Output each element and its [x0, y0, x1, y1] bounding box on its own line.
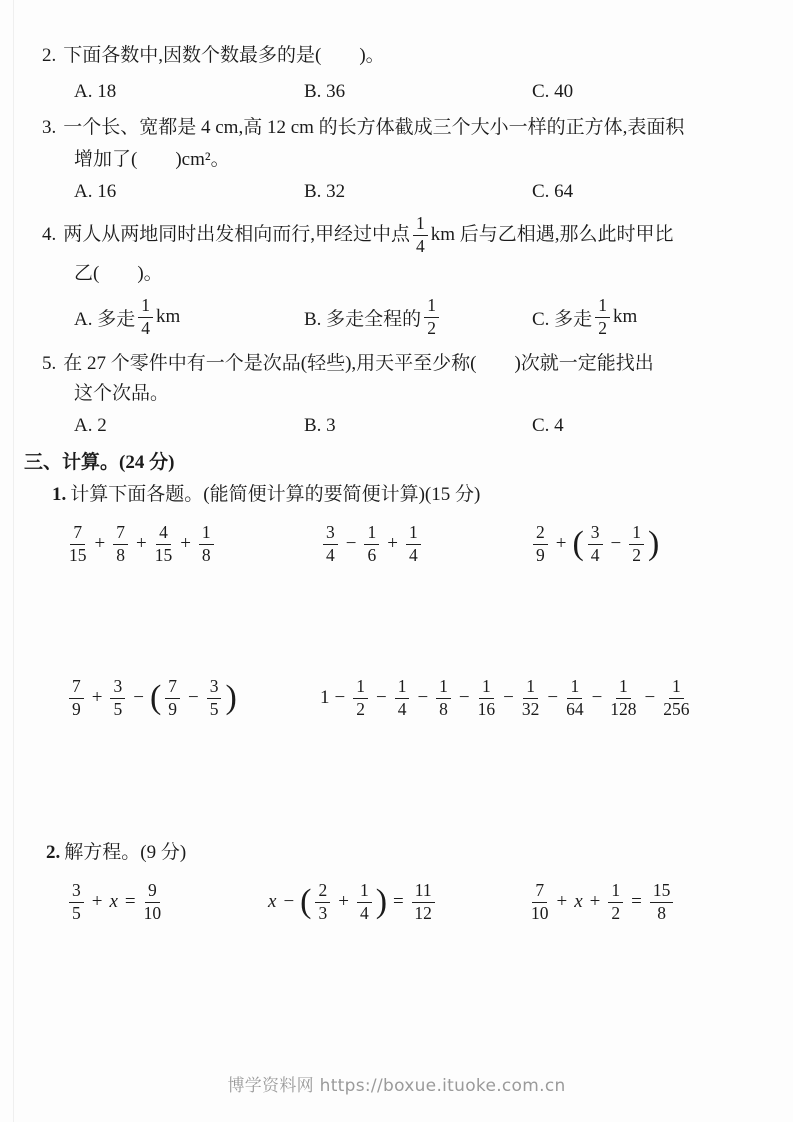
item-2-number: 2. — [46, 842, 60, 863]
variable-x: x — [109, 891, 117, 913]
fraction: 164 — [566, 677, 584, 719]
fraction: 14 — [357, 881, 372, 923]
fraction: 116 — [478, 677, 496, 719]
operator: + — [590, 891, 601, 913]
denominator: 5 — [72, 903, 81, 924]
numerator: 7 — [70, 523, 85, 545]
question-4-options: A. 多走14km B. 多走全程的12 C. 多走12km — [0, 294, 793, 340]
operator: + — [95, 533, 106, 555]
denominator: 16 — [478, 699, 496, 720]
question-5-options: A. 2 B. 3 C. 4 — [0, 414, 793, 438]
fraction: 415 — [155, 523, 173, 565]
expression-3: 29+(34−12) — [530, 523, 793, 565]
operator: − — [503, 687, 514, 709]
operator: = — [125, 891, 136, 913]
fraction: 1128 — [610, 677, 636, 719]
operator: − — [592, 687, 603, 709]
numerator: 1 — [616, 677, 631, 699]
operator: − — [417, 687, 428, 709]
denominator: 256 — [663, 699, 689, 720]
fraction: 14 — [395, 677, 410, 719]
question-5-option-a: A. 2 — [74, 414, 304, 438]
question-4-option-c: C. 多走12km — [532, 296, 793, 338]
numerator: 2 — [315, 881, 330, 903]
numerator: 3 — [69, 881, 84, 903]
question-2-text: 下面各数中,因数个数最多的是( )。 — [63, 45, 384, 66]
denominator: 4 — [409, 545, 418, 566]
numerator: 1 — [395, 677, 410, 699]
question-4-line1: 4.两人从两地同时出发相向而行,甲经过中点14km 后与乙相遇,那么此时甲比 — [0, 212, 793, 258]
denominator: 8 — [116, 545, 125, 566]
expression-2: 34−16+14 — [320, 523, 530, 565]
fraction: 34 — [588, 523, 603, 565]
section-3-heading: 三、计算。(24 分) — [0, 450, 793, 476]
fraction: 1112 — [412, 881, 435, 923]
denominator: 3 — [318, 903, 327, 924]
numerator: 1 — [567, 677, 582, 699]
operator: − — [645, 687, 656, 709]
operator: + — [338, 891, 349, 913]
denominator: 4 — [326, 545, 335, 566]
math-text: 1 — [320, 687, 330, 709]
question-2-line1: 2.下面各数中,因数个数最多的是( )。 — [0, 44, 793, 68]
fraction: 34 — [323, 523, 338, 565]
numerator: 1 — [413, 214, 428, 236]
question-2-option-c: C. 40 — [532, 80, 793, 104]
operator: + — [136, 533, 147, 555]
numerator: 1 — [138, 296, 153, 318]
numerator: 3 — [207, 677, 222, 699]
math-text: A. 多走 — [74, 304, 135, 331]
equation-3: 710+x+12=158 — [528, 881, 793, 923]
question-2-options: A. 18 B. 36 C. 40 — [0, 80, 793, 104]
numerator: 7 — [113, 523, 128, 545]
question-5-option-b: B. 3 — [304, 414, 532, 438]
numerator: 1 — [629, 523, 644, 545]
exam-page: 2.下面各数中,因数个数最多的是( )。 A. 18 B. 36 C. 40 3… — [0, 0, 793, 1122]
equation-1: 35+x=910 — [66, 881, 266, 923]
expression-5: 1−12−14−18−116−132−164−1128−1256 — [320, 677, 793, 719]
numerator: 3 — [588, 523, 603, 545]
question-4-line2: 乙( )。 — [0, 262, 793, 286]
operator: + — [557, 891, 568, 913]
operator: − — [188, 687, 199, 709]
denominator: 4 — [141, 318, 150, 339]
operator: − — [376, 687, 387, 709]
denominator: 8 — [657, 903, 666, 924]
fraction: 132 — [522, 677, 540, 719]
operator: − — [335, 687, 346, 709]
denominator: 12 — [414, 903, 432, 924]
numerator: 3 — [110, 677, 125, 699]
fraction: 1256 — [663, 677, 689, 719]
numerator: 1 — [424, 296, 439, 318]
denominator: 32 — [522, 699, 540, 720]
watermark-footer: 博学资料网 https://boxue.ituoke.com.cn — [0, 1071, 793, 1096]
expression-1: 715+78+415+18 — [66, 523, 320, 565]
equations-row: 35+x=910 x−(23+14)=1112 710+x+12=158 — [0, 876, 793, 928]
operator: − — [346, 533, 357, 555]
operator: = — [631, 891, 642, 913]
question-5-line1: 5.在 27 个零件中有一个是次品(轻些),用天平至少称( )次就一定能找出 — [0, 352, 793, 376]
fraction: 79 — [165, 677, 180, 719]
operator: − — [283, 891, 294, 913]
question-5-number: 5. — [42, 353, 56, 374]
fraction: 35 — [69, 881, 84, 923]
numerator: 1 — [436, 677, 451, 699]
denominator: 15 — [69, 545, 87, 566]
item-2-text: 解方程。(9 分) — [64, 842, 186, 863]
question-5-text: 在 27 个零件中有一个是次品(轻些),用天平至少称( )次就一定能找出 — [63, 353, 654, 374]
question-3-line1: 3.一个长、宽都是 4 cm,高 12 cm 的长方体截成三个大小一样的正方体,… — [0, 116, 793, 140]
numerator: 1 — [608, 881, 623, 903]
question-4-option-a: A. 多走14km — [74, 296, 304, 338]
fraction: 715 — [69, 523, 87, 565]
numerator: 4 — [156, 523, 171, 545]
denominator: 2 — [598, 318, 607, 339]
numerator: 7 — [165, 677, 180, 699]
operator: − — [459, 687, 470, 709]
question-3-option-a: A. 16 — [74, 180, 304, 204]
denominator: 128 — [610, 699, 636, 720]
operator: − — [133, 687, 144, 709]
operator: − — [611, 533, 622, 555]
question-3-options: A. 16 B. 32 C. 64 — [0, 180, 793, 204]
denominator: 4 — [591, 545, 600, 566]
denominator: 5 — [210, 699, 219, 720]
denominator: 5 — [113, 699, 122, 720]
operator: + — [387, 533, 398, 555]
question-2-option-a: A. 18 — [74, 80, 304, 104]
denominator: 10 — [531, 903, 549, 924]
denominator: 8 — [439, 699, 448, 720]
numerator: 1 — [406, 523, 421, 545]
fraction: 29 — [533, 523, 548, 565]
denominator: 2 — [632, 545, 641, 566]
question-4-number: 4. — [42, 223, 56, 247]
denominator: 9 — [536, 545, 545, 566]
question-5-line2: 这个次品。 — [0, 382, 793, 406]
fraction: 12 — [629, 523, 644, 565]
item-1-number: 1. — [52, 484, 66, 505]
fraction: 12 — [424, 296, 439, 338]
math-text: km — [613, 306, 637, 328]
numerator: 1 — [479, 677, 494, 699]
question-3-line2: 增加了( )cm²。 — [0, 148, 793, 172]
numerator: 1 — [357, 881, 372, 903]
item-1-text: 计算下面各题。(能简便计算的要简便计算)(15 分) — [70, 484, 480, 505]
numerator: 1 — [353, 677, 368, 699]
variable-x: x — [268, 891, 276, 913]
fraction: 158 — [650, 881, 674, 923]
numerator: 11 — [412, 881, 435, 903]
math-text: km — [156, 306, 180, 328]
fraction: 23 — [315, 881, 330, 923]
calculation-row-2: 79+35−(79−35) 1−12−14−18−116−132−164−112… — [0, 672, 793, 724]
variable-x: x — [574, 891, 582, 913]
operator: + — [556, 533, 567, 555]
denominator: 15 — [155, 545, 173, 566]
section-3-item-2: 2.解方程。(9 分) — [0, 840, 793, 866]
numerator: 1 — [595, 296, 610, 318]
fraction: 910 — [144, 881, 162, 923]
operator: − — [547, 687, 558, 709]
denominator: 4 — [398, 699, 407, 720]
question-5-option-c: C. 4 — [532, 414, 793, 438]
fraction: 35 — [207, 677, 222, 719]
section-3-item-1: 1.计算下面各题。(能简便计算的要简便计算)(15 分) — [0, 482, 793, 508]
fraction: 18 — [199, 523, 214, 565]
question-4-option-b: B. 多走全程的12 — [304, 296, 532, 338]
denominator: 2 — [427, 318, 436, 339]
numerator: 1 — [199, 523, 214, 545]
scan-artifact-line — [13, 0, 14, 1122]
math-text: 两人从两地同时出发相向而行,甲经过中点 — [63, 223, 410, 247]
numerator: 2 — [533, 523, 548, 545]
numerator: 1 — [364, 523, 379, 545]
fraction: 14 — [406, 523, 421, 565]
numerator: 3 — [323, 523, 338, 545]
fraction: 14 — [413, 214, 428, 256]
expression-4: 79+35−(79−35) — [66, 677, 320, 719]
denominator: 9 — [72, 699, 81, 720]
numerator: 1 — [523, 677, 538, 699]
denominator: 2 — [356, 699, 365, 720]
equation-2: x−(23+14)=1112 — [266, 881, 528, 923]
fraction: 12 — [608, 881, 623, 923]
denominator: 2 — [611, 903, 620, 924]
fraction: 35 — [110, 677, 125, 719]
fraction: 14 — [138, 296, 153, 338]
numerator: 15 — [650, 881, 674, 903]
question-2-number: 2. — [42, 45, 56, 66]
fraction: 12 — [595, 296, 610, 338]
calculation-row-1: 715+78+415+18 34−16+14 29+(34−12) — [0, 518, 793, 570]
fraction: 78 — [113, 523, 128, 565]
numerator: 1 — [669, 677, 684, 699]
operator: + — [180, 533, 191, 555]
question-3-option-b: B. 32 — [304, 180, 532, 204]
question-3-number: 3. — [42, 117, 56, 138]
denominator: 10 — [144, 903, 162, 924]
question-3-option-c: C. 64 — [532, 180, 793, 204]
numerator: 9 — [145, 881, 160, 903]
denominator: 6 — [367, 545, 376, 566]
denominator: 8 — [202, 545, 211, 566]
fraction: 18 — [436, 677, 451, 719]
denominator: 4 — [416, 236, 425, 257]
question-2-option-b: B. 36 — [304, 80, 532, 104]
fraction: 710 — [531, 881, 549, 923]
denominator: 4 — [360, 903, 369, 924]
fraction: 16 — [364, 523, 379, 565]
numerator: 7 — [69, 677, 84, 699]
math-text: B. 多走全程的 — [304, 304, 421, 331]
question-4-text: 两人从两地同时出发相向而行,甲经过中点14km 后与乙相遇,那么此时甲比 — [63, 214, 673, 256]
operator: + — [92, 687, 103, 709]
question-3-text: 一个长、宽都是 4 cm,高 12 cm 的长方体截成三个大小一样的正方体,表面… — [63, 117, 684, 138]
denominator: 64 — [566, 699, 584, 720]
fraction: 12 — [353, 677, 368, 719]
numerator: 7 — [532, 881, 547, 903]
denominator: 9 — [168, 699, 177, 720]
operator: + — [92, 891, 103, 913]
math-text: km 后与乙相遇,那么此时甲比 — [431, 223, 674, 247]
operator: = — [393, 891, 404, 913]
math-text: C. 多走 — [532, 304, 592, 331]
fraction: 79 — [69, 677, 84, 719]
